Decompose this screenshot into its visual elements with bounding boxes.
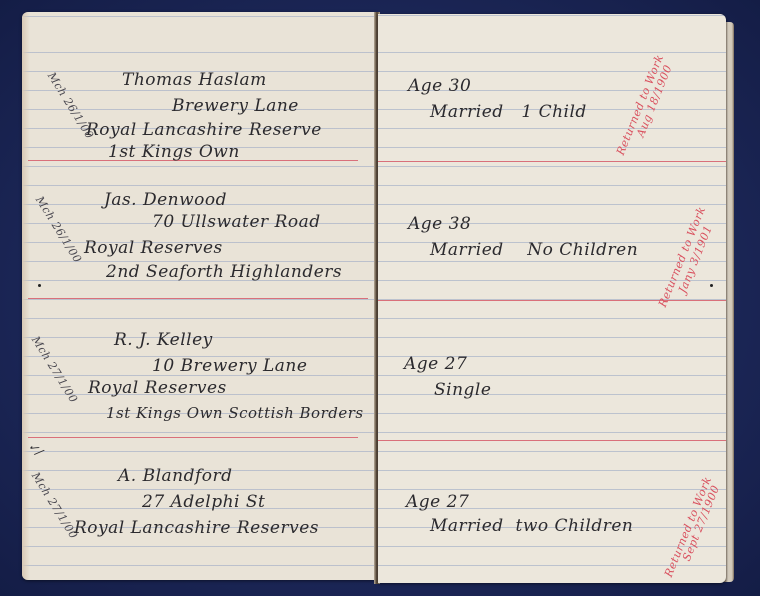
entry-service: Royal Reserves [88, 378, 227, 398]
entry-age: Age 30 [408, 76, 471, 96]
entry-address: 27 Adelphi St [142, 492, 265, 512]
entry-name: R. J. Kelley [114, 330, 213, 350]
entry-date: Mch 27/1/00 [29, 470, 80, 541]
entry-name: Jas. Denwood [104, 190, 227, 210]
entry-divider [28, 298, 368, 299]
entry-address: 10 Brewery Lane [152, 356, 307, 376]
entry-service: Royal Lancashire Reserve [86, 120, 322, 140]
entry-service: Royal Reserves [84, 238, 223, 258]
entry-age: Age 27 [404, 354, 467, 374]
entry-date: Mch 26/1/00 [33, 194, 84, 265]
entry-regiment: 1st Kings Own Scottish Borders [106, 404, 364, 422]
entry-marital-status: Married 1 Child [430, 102, 587, 122]
entry-address: 70 Ullswater Road [152, 212, 321, 232]
right-page: Age 30 Married 1 Child Returned to Work … [378, 14, 726, 583]
entry-age: Age 27 [406, 492, 469, 512]
tick-mark: ✓/ [25, 439, 46, 459]
entry-name: A. Blandford [118, 466, 233, 486]
entry-date: Mch 27/1/00 [29, 334, 80, 405]
entry-divider [378, 300, 726, 301]
ink-dot [710, 284, 713, 287]
entry-service: Royal Lancashire Reserves [74, 518, 319, 538]
entry-regiment: 1st Kings Own [108, 142, 240, 162]
entry-marital-status: Married No Children [430, 240, 638, 260]
entry-age: Age 38 [408, 214, 471, 234]
entry-regiment: 2nd Seaforth Highlanders [106, 262, 342, 282]
entry-address: Brewery Lane [172, 96, 299, 116]
entry-divider [28, 437, 358, 438]
ink-dot [38, 284, 41, 287]
entry-divider [378, 161, 726, 162]
left-page: Mch 26/1/00 Thomas Haslam Brewery Lane R… [22, 12, 376, 580]
entry-divider [378, 440, 726, 441]
entry-name: Thomas Haslam [122, 70, 267, 90]
entry-marital-status: Single [434, 380, 491, 400]
entry-marital-status: Married two Children [430, 516, 633, 536]
